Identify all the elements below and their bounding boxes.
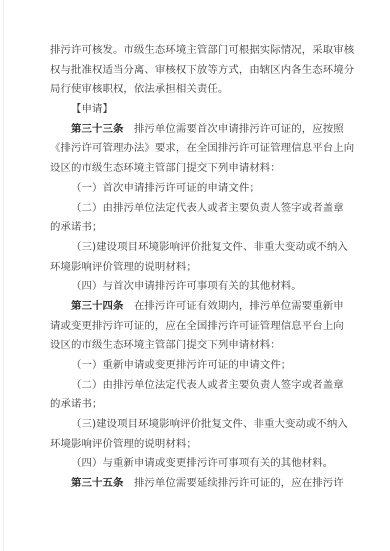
text-line: 设区的市级生态环境主管部门提交下列申请材料： (50, 336, 356, 356)
text-line: 第三十五条 排污单位需要延续排污许可证的，应在排污许 (50, 474, 356, 494)
line-text: （一）首次申请排污许可证的申请文件； (71, 182, 260, 194)
text-line: （三)建设项目环境影响评价批复文件、非重大变动或不纳入 (50, 238, 356, 258)
line-text: 的承诺书； (50, 221, 102, 233)
text-line: 的承诺书； (50, 395, 356, 415)
text-line: 【申请】 (50, 100, 356, 120)
text-line: 排污许可核发。市级生态环境主管部门可根据实际情况，采取审核 (50, 41, 356, 61)
text-line: 环境影响评价管理的说明材料； (50, 258, 356, 278)
line-text: （二）由排污单位法定代表人或者主要负责人签字或者盖章 (71, 379, 344, 391)
line-text: 设区的市级生态环境主管部门提交下列申请材料： (50, 339, 281, 351)
text-line: 第三十三条 排污单位需要首次申请排污许可证的，应按照 (50, 120, 356, 140)
line-text: 《排污许可管理办法》要求，在全国排污许可证管理信息平台上向 (50, 142, 354, 154)
article-number: 第三十五条 (71, 477, 123, 489)
text-line: 设区的市级生态环境主管部门提交下列申请材料： (50, 159, 356, 179)
line-text: （三)建设项目环境影响评价批复文件、非重大变动或不纳入 (71, 241, 348, 253)
line-text: （三)建设项目环境影响评价批复文件、非重大变动或不纳入 (71, 418, 348, 430)
line-text: 环境影响评价管理的说明材料； (50, 438, 197, 450)
line-text: 请或变更排污许可证的，应在全国排污许可证管理信息平台上向 (50, 320, 344, 332)
text-line: （二）由排污单位法定代表人或者主要负责人签字或者盖章 (50, 199, 356, 219)
line-text: 环境影响评价管理的说明材料； (50, 261, 197, 273)
line-text: （一）重新申请或变更排污许可证的申请文件； (71, 359, 291, 371)
text-line: （一）重新申请或变更排污许可证的申请文件； (50, 356, 356, 376)
text-line: 第三十四条 在排污许可证有效期内，排污单位需要重新申 (50, 297, 356, 317)
article-number: 第三十三条 (71, 123, 123, 135)
line-text: 【申请】 (71, 103, 113, 115)
line-text: 排污单位需要延续排污许可证的，应在排污许 (123, 477, 343, 489)
text-line: 《排污许可管理办法》要求，在全国排污许可证管理信息平台上向 (50, 139, 356, 159)
text-line: （四）与重新申请或变更排污许可事项有关的其他材料。 (50, 454, 356, 474)
line-text: 权与批准权适当分离、审核权下放等方式，由辖区内各生态环境分 (50, 64, 354, 76)
line-text: 设区的市级生态环境主管部门提交下列申请材料： (50, 162, 281, 174)
text-line: （二）由排污单位法定代表人或者主要负责人签字或者盖章 (50, 376, 356, 396)
text-line: 请或变更排污许可证的，应在全国排污许可证管理信息平台上向 (50, 317, 356, 337)
document-text-block: 排污许可核发。市级生态环境主管部门可根据实际情况，采取审核权与批准权适当分离、审… (50, 41, 356, 494)
line-text: （四）与重新申请或变更排污许可事项有关的其他材料。 (71, 457, 333, 469)
line-text: 排污单位需要首次申请排污许可证的，应按照 (123, 123, 343, 135)
text-line: （一）首次申请排污许可证的申请文件； (50, 179, 356, 199)
line-text: （四）与首次申请排污许可事项有关的其他材料。 (71, 280, 302, 292)
text-line: 的承诺书； (50, 218, 356, 238)
line-text: 的承诺书； (50, 398, 102, 410)
line-text: 排污许可核发。市级生态环境主管部门可根据实际情况，采取审核 (50, 44, 354, 56)
article-number: 第三十四条 (71, 300, 123, 312)
text-line: （三)建设项目环境影响评价批复文件、非重大变动或不纳入 (50, 415, 356, 435)
document-page: 排污许可核发。市级生态环境主管部门可根据实际情况，采取审核权与批准权适当分离、审… (0, 0, 390, 551)
text-line: 局行使审核职权，依法承担相关责任。 (50, 80, 356, 100)
page-left-edge (3, 0, 4, 551)
text-line: 环境影响评价管理的说明材料； (50, 435, 356, 455)
text-line: 权与批准权适当分离、审核权下放等方式，由辖区内各生态环境分 (50, 61, 356, 81)
text-line: （四）与首次申请排污许可事项有关的其他材料。 (50, 277, 356, 297)
line-text: 在排污许可证有效期内，排污单位需要重新申 (123, 300, 343, 312)
line-text: 局行使审核职权，依法承担相关责任。 (50, 83, 228, 95)
line-text: （二）由排污单位法定代表人或者主要负责人签字或者盖章 (71, 202, 344, 214)
